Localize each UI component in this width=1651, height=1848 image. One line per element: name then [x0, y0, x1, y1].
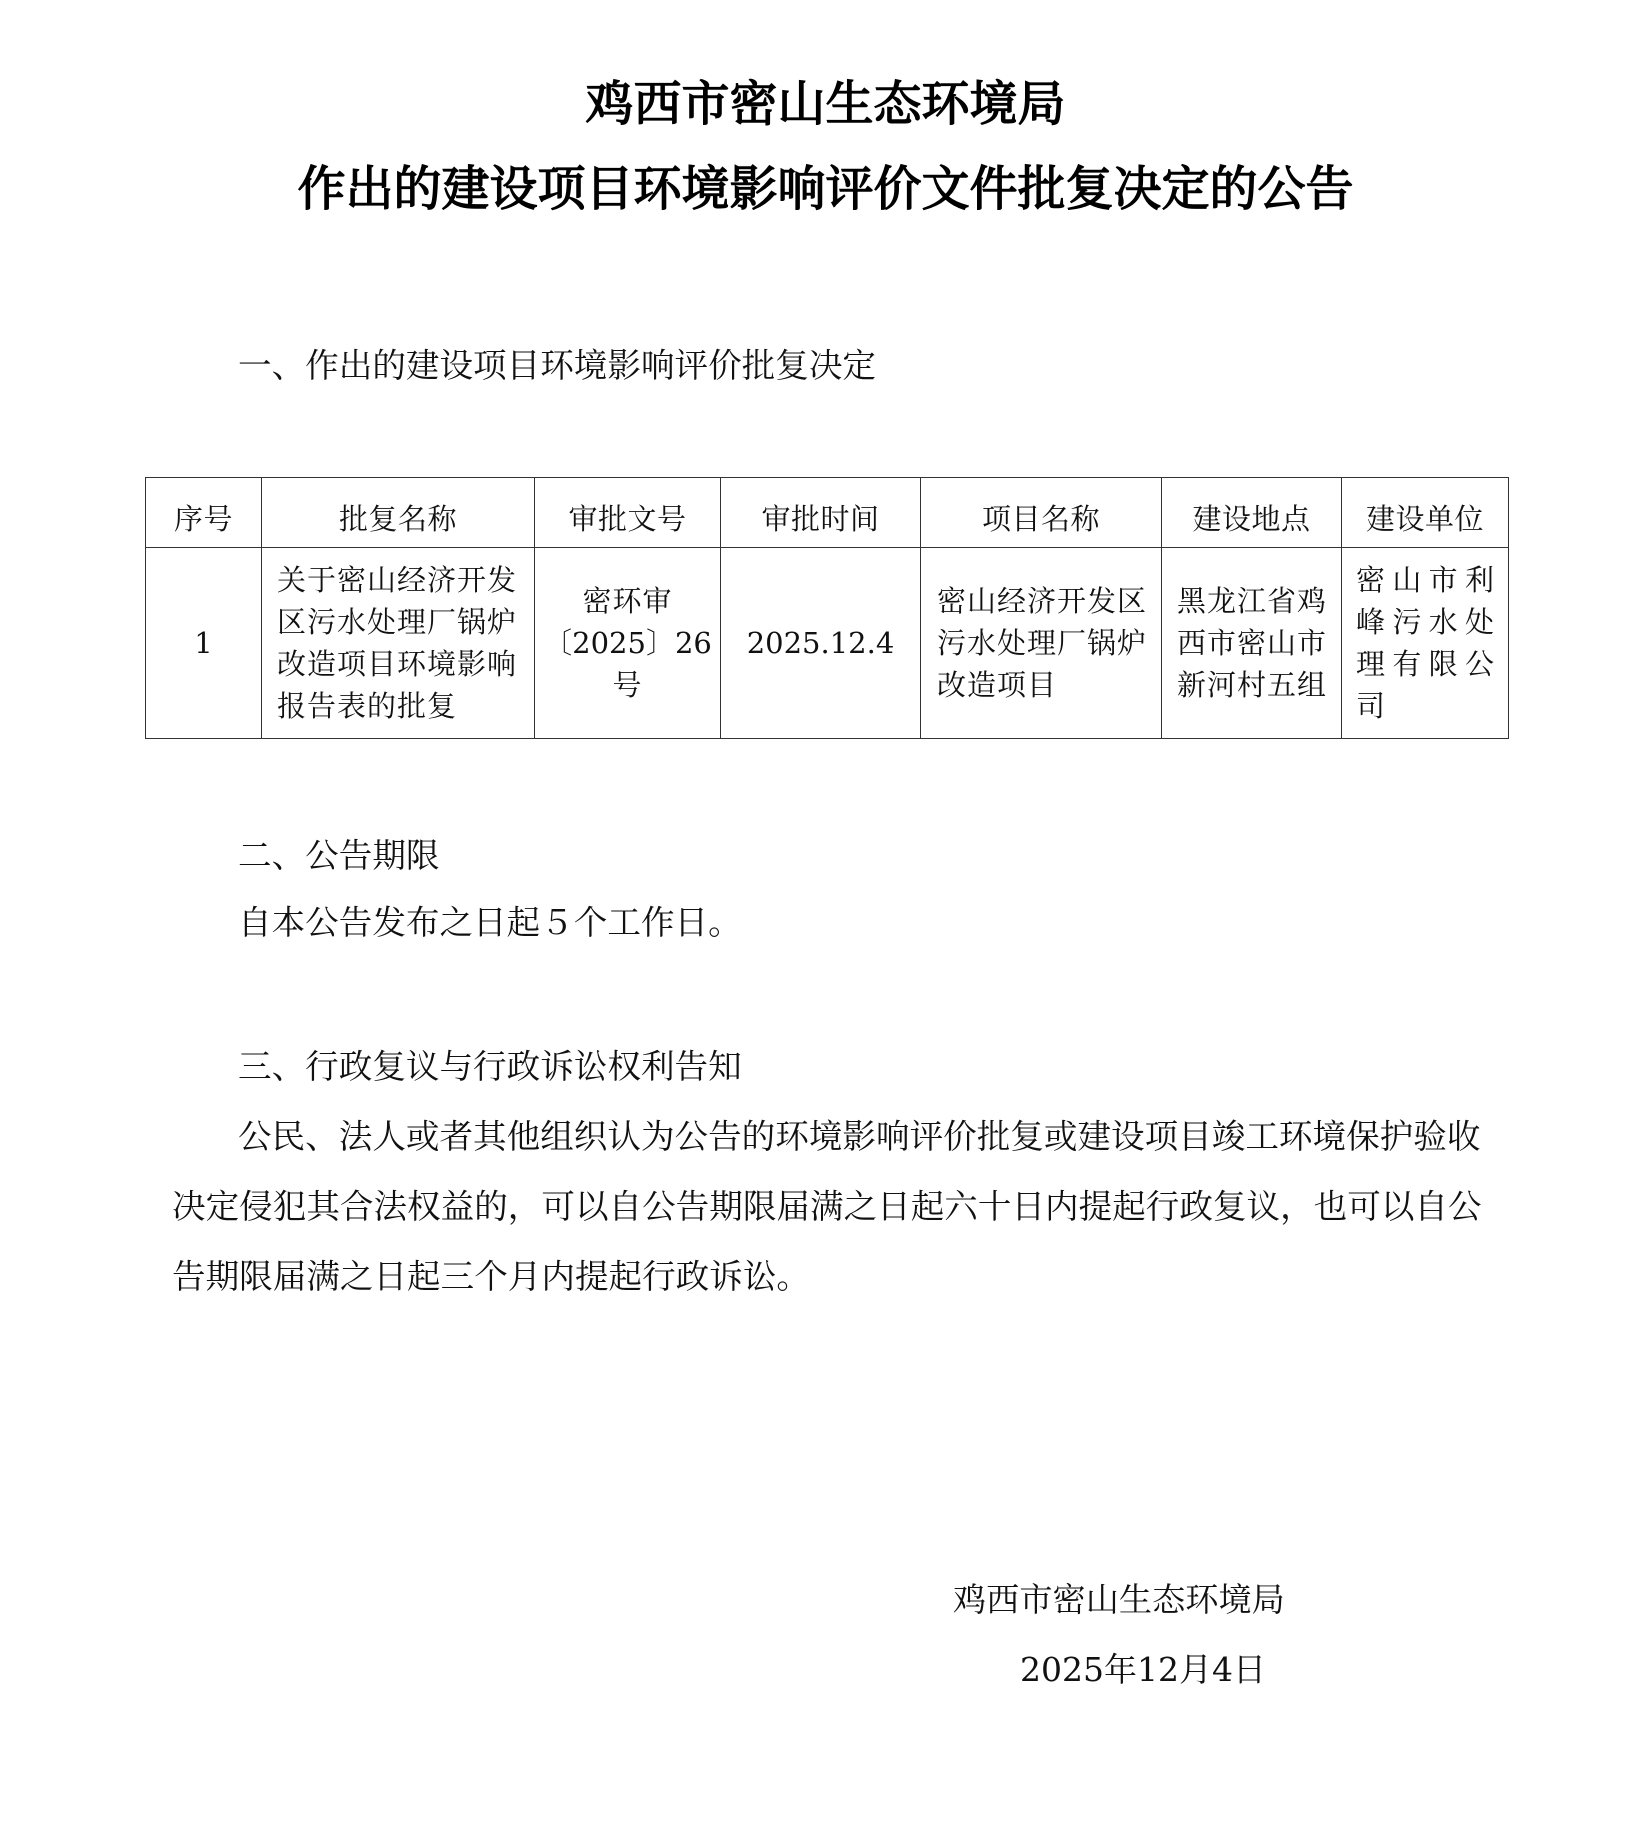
document-title-line-2: 作出的建设项目环境影响评价文件批复决定的公告 [0, 159, 1651, 219]
section-2-heading: 二、公告期限 [238, 836, 439, 876]
cell-line: 密 山 市 利 [1356, 559, 1494, 601]
document-title-line-1: 鸡西市密山生态环境局 [0, 74, 1651, 134]
section-2-text: 自本公告发布之日起５个工作日。 [238, 903, 742, 943]
cell-line: 理 有 限 公 [1356, 643, 1494, 685]
char: 水 [1429, 601, 1458, 643]
cell-line: 黑龙江省鸡 [1177, 580, 1341, 622]
cell-approval-date: 2025.12.4 [721, 548, 921, 739]
char: 市 [1429, 559, 1458, 601]
cell-project-name: 密山经济开发区 污水处理厂锅炉 改造项目 [921, 548, 1162, 739]
char: 污 [1392, 601, 1421, 643]
cell-line: 改造项目环境影响 [277, 643, 534, 685]
header-approval-date: 审批时间 [721, 478, 921, 548]
section-3-heading: 三、行政复议与行政诉讼权利告知 [238, 1047, 742, 1087]
char: 有 [1392, 643, 1421, 685]
header-builder: 建设单位 [1342, 478, 1509, 548]
cell-builder: 密 山 市 利 峰 污 水 处 理 有 限 公 [1342, 548, 1509, 739]
header-project-name: 项目名称 [921, 478, 1162, 548]
header-approval-number: 审批文号 [535, 478, 721, 548]
cell-location: 黑龙江省鸡 西市密山市 新河村五组 [1162, 548, 1342, 739]
section-1-heading: 一、作出的建设项目环境影响评价批复决定 [238, 346, 876, 386]
char: 公 [1465, 643, 1494, 685]
cell-line: 改造项目 [937, 664, 1161, 706]
signature-date: 2025年12月4日 [1020, 1650, 1266, 1690]
paragraph-line: 告期限届满之日起三个月内提起行政诉讼。 [172, 1242, 1492, 1312]
cell-line: 密环审 [535, 580, 720, 622]
cell-line: 西市密山市 [1177, 622, 1341, 664]
cell-line: 区污水处理厂锅炉 [277, 601, 534, 643]
cell-index: 1 [146, 548, 262, 739]
char: 峰 [1356, 601, 1385, 643]
header-approval-name: 批复名称 [262, 478, 535, 548]
cell-line: 关于密山经济开发 [277, 559, 534, 601]
char: 密 [1356, 559, 1385, 601]
char: 理 [1356, 643, 1385, 685]
char: 限 [1429, 643, 1458, 685]
cell-line: 密山经济开发区 [937, 580, 1161, 622]
approval-table: 序号 批复名称 审批文号 审批时间 项目名称 建设地点 建设单位 1 关于密山经… [145, 477, 1509, 739]
table-header-row: 序号 批复名称 审批文号 审批时间 项目名称 建设地点 建设单位 [146, 478, 1509, 548]
header-location: 建设地点 [1162, 478, 1342, 548]
char: 利 [1465, 559, 1494, 601]
char: 山 [1392, 559, 1421, 601]
cell-line: 报告表的批复 [277, 685, 534, 727]
cell-line: 司 [1356, 685, 1494, 727]
cell-line: 〔2025〕26 [535, 622, 720, 664]
cell-line: 峰 污 水 处 [1356, 601, 1494, 643]
paragraph-line: 公民、法人或者其他组织认为公告的环境影响评价批复或建设项目竣工环境保护验收 [172, 1102, 1492, 1172]
cell-approval-number: 密环审 〔2025〕26 号 [535, 548, 721, 739]
section-3-paragraph: 公民、法人或者其他组织认为公告的环境影响评价批复或建设项目竣工环境保护验收 决定… [172, 1102, 1492, 1312]
char: 处 [1465, 601, 1494, 643]
char: 司 [1356, 685, 1385, 727]
cell-line: 污水处理厂锅炉 [937, 622, 1161, 664]
cell-approval-name: 关于密山经济开发 区污水处理厂锅炉 改造项目环境影响 报告表的批复 [262, 548, 535, 739]
table-row: 1 关于密山经济开发 区污水处理厂锅炉 改造项目环境影响 报告表的批复 密环审 … [146, 548, 1509, 739]
header-index: 序号 [146, 478, 262, 548]
paragraph-line: 决定侵犯其合法权益的，可以自公告期限届满之日起六十日内提起行政复议，也可以自公 [172, 1172, 1492, 1242]
cell-line: 号 [535, 664, 720, 706]
cell-line: 新河村五组 [1177, 664, 1341, 706]
signature-org: 鸡西市密山生态环境局 [953, 1580, 1285, 1620]
